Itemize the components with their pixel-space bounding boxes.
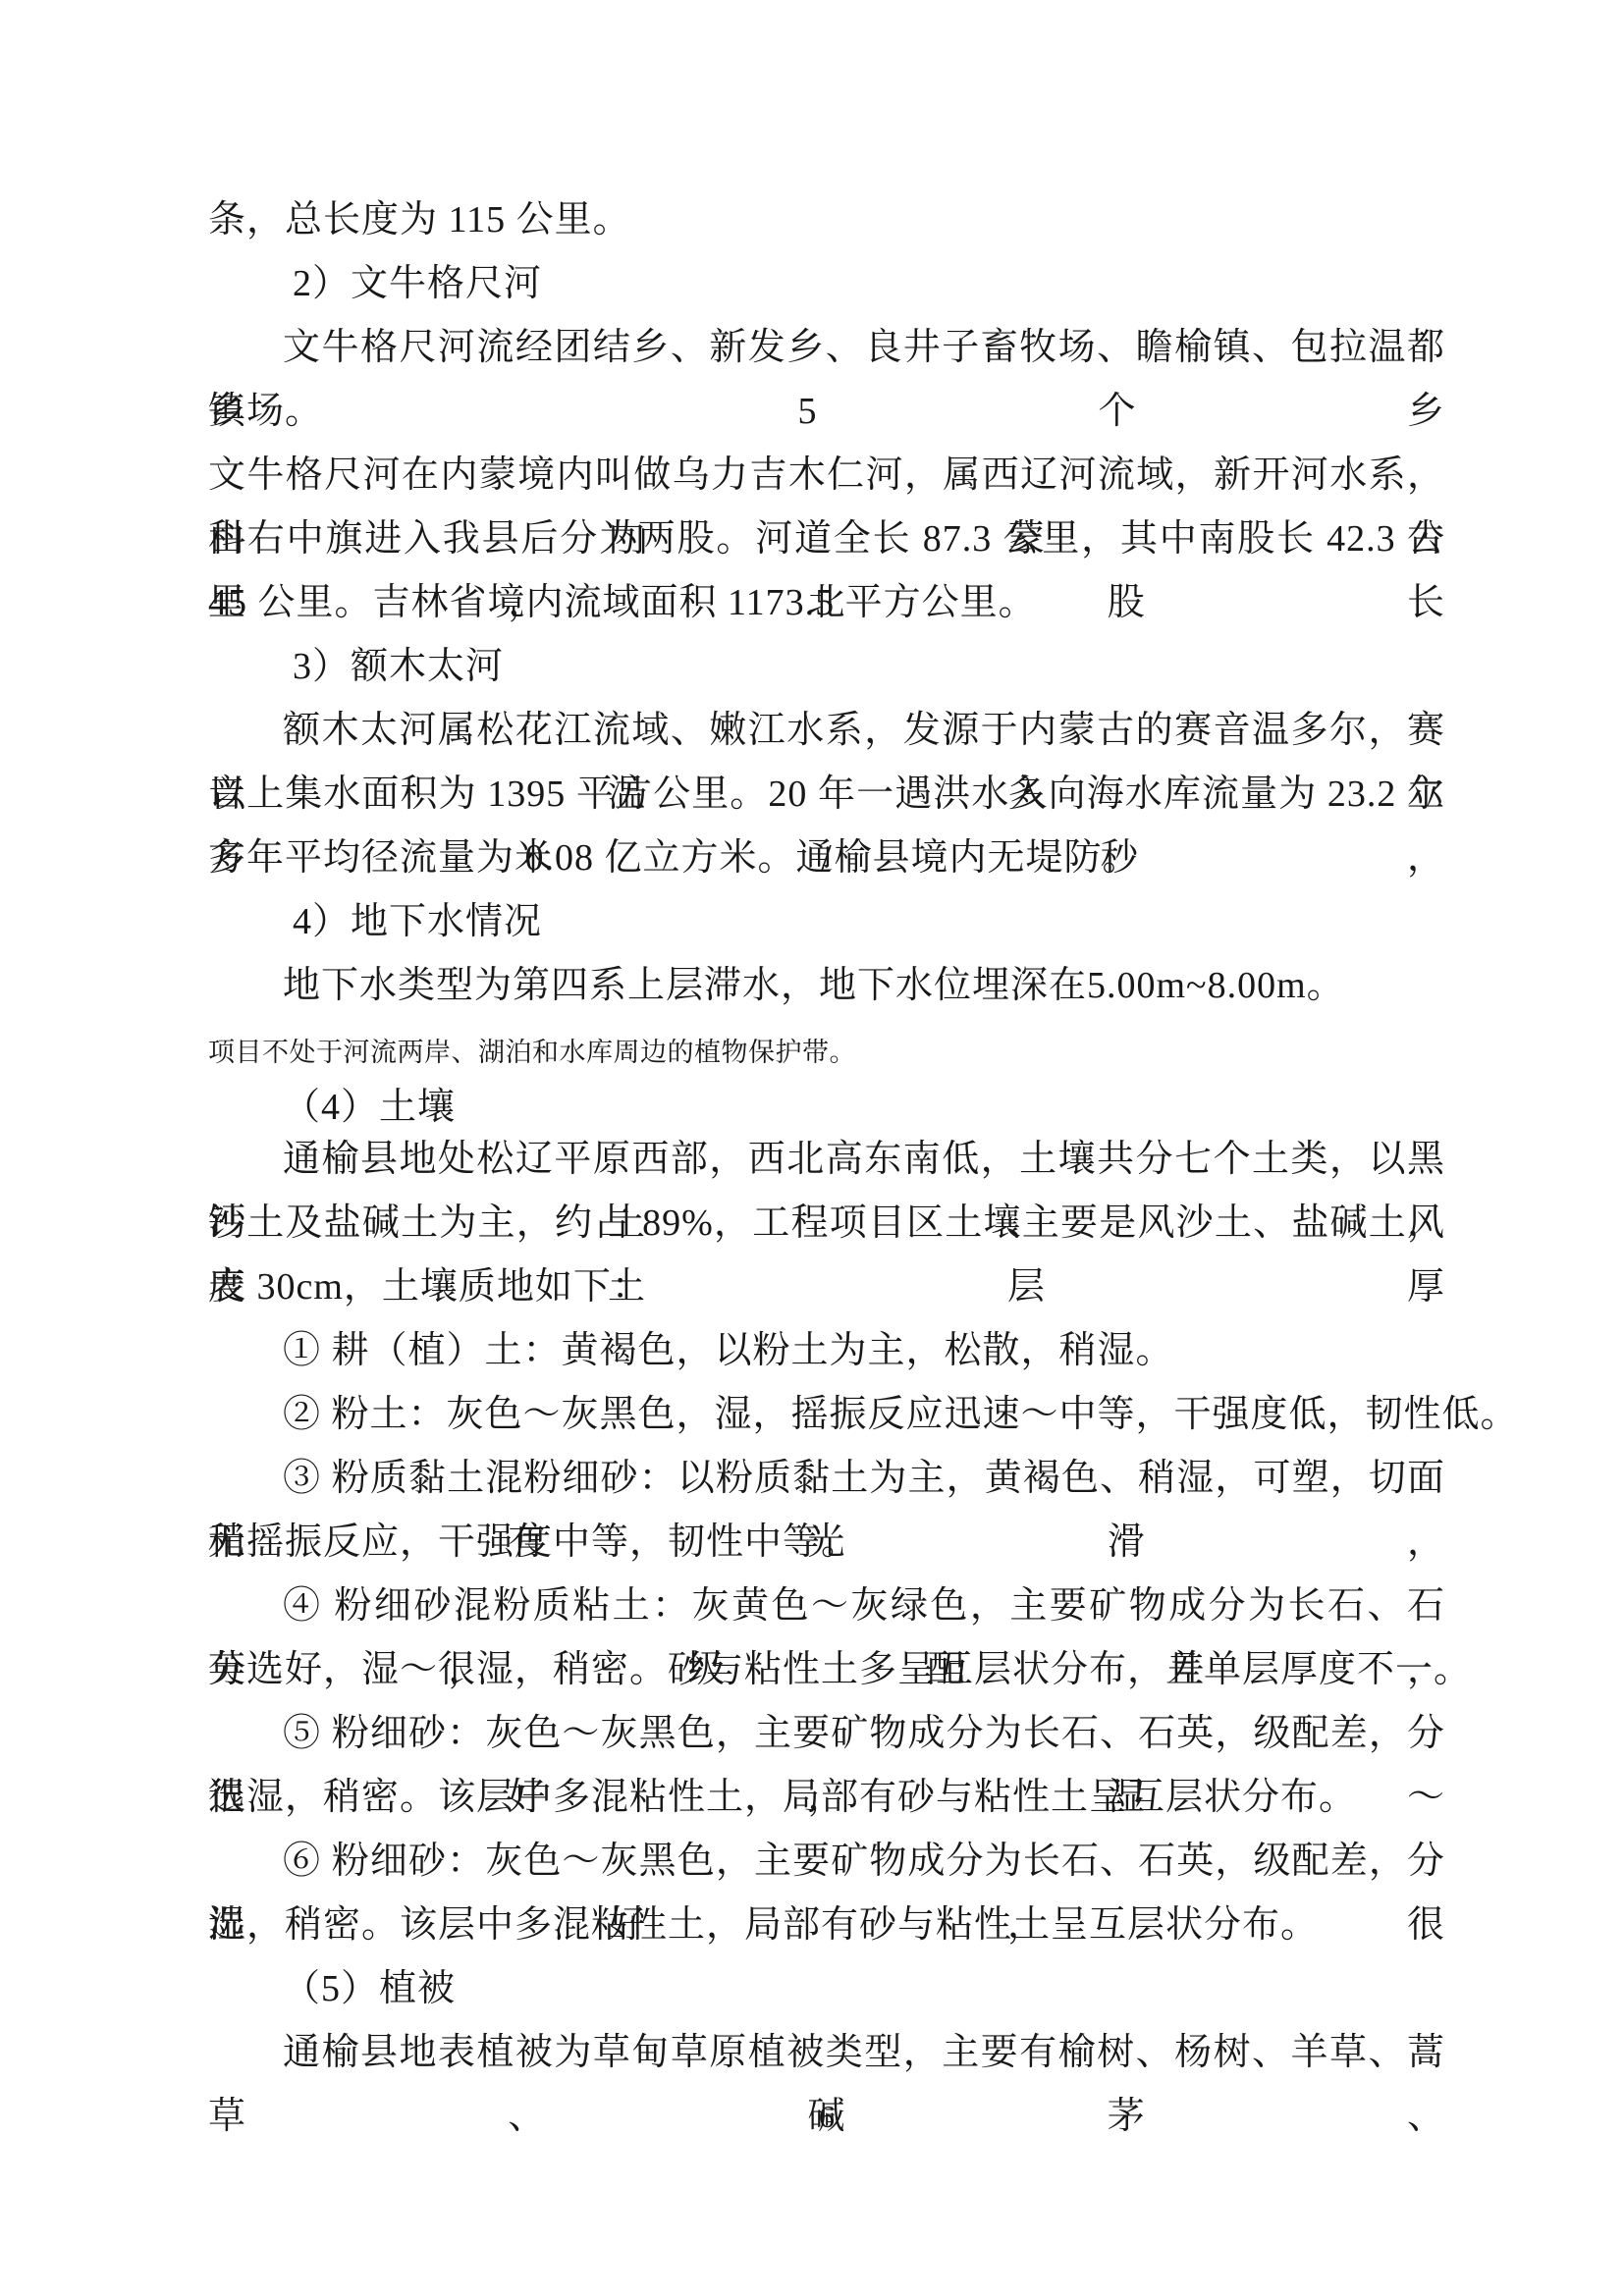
doc-line: 通榆县地处松辽平原西部，西北高东南低，土壤共分七个土类，以黑钙土、风	[208, 1128, 1445, 1192]
doc-line: 很湿，稍密。该层中多混粘性土，局部有砂与粘性土呈互层状分布。	[208, 1766, 1445, 1830]
doc-line: 湿，稍密。该层中多混粘性土，局部有砂与粘性土呈互层状分布。	[208, 1894, 1445, 1957]
subsection-heading: 2）文牛格尺河	[208, 252, 1445, 316]
doc-line: 科右中旗进入我县后分为两股。河道全长 87.3 公里，其中南股长 42.3 公里…	[208, 507, 1445, 571]
doc-line: 以上集水面积为 1395 平方公里。20 年一遇洪水入向海水库流量为 23.2 …	[208, 763, 1445, 827]
doc-list-item: ④ 粉细砂混粉质粘土：灰黄色～灰绿色，主要矿物成分为长石、石英，级配差，	[208, 1575, 1445, 1638]
doc-line: 额木太河属松花江流域、嫩江水系，发源于内蒙古的赛音温多尔，赛音温多尔	[208, 699, 1445, 763]
doc-line: 沙土及盐碱土为主，约占 89%，工程项目区土壤主要是风沙土、盐碱土，表土层厚	[208, 1192, 1445, 1255]
document-page: 条，总长度为 115 公里。 2）文牛格尺河 文牛格尺河流经团结乡、新发乡、良井…	[0, 0, 1624, 2296]
subsection-heading: （5）植被	[208, 1957, 1445, 2021]
subsection-heading: 3）额木太河	[208, 635, 1445, 699]
subsection-heading: 4）地下水情况	[208, 890, 1445, 954]
doc-line: 文牛格尺河流经团结乡、新发乡、良井子畜牧场、瞻榆镇、包拉温都乡 5 个乡	[208, 316, 1445, 380]
doc-line: 通榆县地表植被为草甸草原植被类型，主要有榆树、杨树、羊草、蒿草、碱茅、	[208, 2021, 1445, 2085]
doc-note-line: 项目不处于河流两岸、湖泊和水库周边的植物保护带。	[208, 1018, 1445, 1087]
doc-line: 条，总长度为 115 公里。	[208, 188, 1445, 252]
doc-list-item: ② 粉土：灰色～灰黑色，湿，摇振反应迅速～中等，干强度低，韧性低。	[208, 1383, 1445, 1447]
doc-list-item: ⑤ 粉细砂：灰色～灰黑色，主要矿物成分为长石、石英，级配差，分选好，湿～	[208, 1702, 1445, 1766]
subsection-heading: （4）土壤	[208, 1087, 1445, 1128]
doc-list-item: ⑥ 粉细砂：灰色～灰黑色，主要矿物成分为长石、石英，级配差，分选好，很	[208, 1830, 1445, 1894]
doc-line: 地下水类型为第四系上层滞水，地下水位埋深在5.00m~8.00m。	[208, 954, 1445, 1018]
doc-line: 文牛格尺河在内蒙境内叫做乌力吉木仁河，属西辽河流域，新开河水系，由内蒙古	[208, 444, 1445, 507]
doc-list-item: ③ 粉质黏土混粉细砂：以粉质黏土为主，黄褐色、稍湿，可塑，切面稍有光滑，	[208, 1447, 1445, 1511]
doc-line: 分选好，湿～很湿，稍密。砂与粘性土多呈互层状分布，且单层厚度不一。	[208, 1638, 1445, 1702]
doc-list-item: ① 耕（植）土：黄褐色，以粉土为主，松散，稍湿。	[208, 1319, 1445, 1383]
document-body: 条，总长度为 115 公里。 2）文牛格尺河 文牛格尺河流经团结乡、新发乡、良井…	[208, 188, 1445, 2149]
